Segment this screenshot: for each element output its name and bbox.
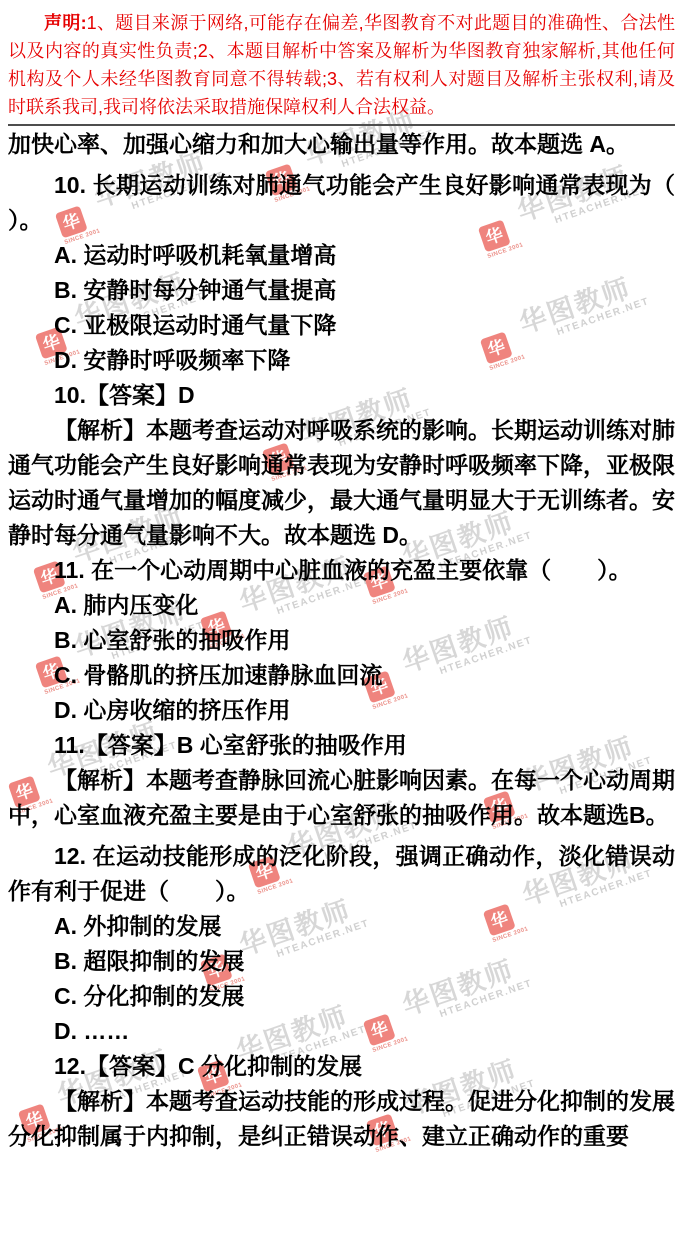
document-body: 加快心率、加强心缩力和加大心输出量等作用。故本题选 A。10. 长期运动训练对肺… — [8, 126, 675, 1154]
paragraph: C. 亚极限运动时通气量下降 — [8, 308, 675, 343]
document-page: 华SINCE 2001华图教师HTEACHER.NET华SINCE 2001华图… — [0, 0, 683, 1246]
paragraph: 【解析】本题考查运动对呼吸系统的影响。长期运动训练对肺通气功能会产生良好影响通常… — [8, 413, 675, 553]
paragraph: 【解析】本题考查运动技能的形成过程。促进分化抑制的发展分化抑制属于内抑制，是纠正… — [8, 1084, 675, 1154]
paragraph: B. 安静时每分钟通气量提高 — [8, 273, 675, 308]
paragraph: 12. 在运动技能形成的泛化阶段，强调正确动作，淡化错误动作有利于促进（ ）。 — [8, 839, 675, 909]
paragraph: 加快心率、加强心缩力和加大心输出量等作用。故本题选 A。 — [8, 127, 675, 162]
paragraph: D. 安静时呼吸频率下降 — [8, 343, 675, 378]
paragraph: D. …… — [8, 1014, 675, 1049]
paragraph: D. 心房收缩的挤压作用 — [8, 693, 675, 728]
paragraph: 10. 长期运动训练对肺通气功能会产生良好影响通常表现为（ ）。 — [8, 168, 675, 238]
paragraph: 【解析】本题考查静脉回流心脏影响因素。在每一个心动周期中，心室血液充盈主要是由于… — [8, 763, 675, 833]
paragraph: 11. 在一个心动周期中心脏血液的充盈主要依靠（ ）。 — [8, 553, 675, 588]
disclaimer-text: 声明:1、题目来源于网络,可能存在偏差,华图教育不对此题目的准确性、合法性以及内… — [8, 0, 675, 121]
paragraph: C. 分化抑制的发展 — [8, 979, 675, 1014]
paragraph: B. 超限抑制的发展 — [8, 944, 675, 979]
paragraph: A. 运动时呼吸机耗氧量增高 — [8, 238, 675, 273]
paragraph: A. 肺内压变化 — [8, 588, 675, 623]
disclaimer-body: 1、题目来源于网络,可能存在偏差,华图教育不对此题目的准确性、合法性以及内容的真… — [8, 13, 675, 117]
paragraph: A. 外抑制的发展 — [8, 909, 675, 944]
paragraph: B. 心室舒张的抽吸作用 — [8, 623, 675, 658]
document-content: 声明:1、题目来源于网络,可能存在偏差,华图教育不对此题目的准确性、合法性以及内… — [8, 0, 675, 1154]
paragraph: 10.【答案】D — [8, 378, 675, 413]
paragraph: 12.【答案】C 分化抑制的发展 — [8, 1049, 675, 1084]
disclaimer-label: 声明: — [44, 13, 87, 33]
paragraph: C. 骨骼肌的挤压加速静脉血回流 — [8, 658, 675, 693]
paragraph: 11.【答案】B 心室舒张的抽吸作用 — [8, 728, 675, 763]
